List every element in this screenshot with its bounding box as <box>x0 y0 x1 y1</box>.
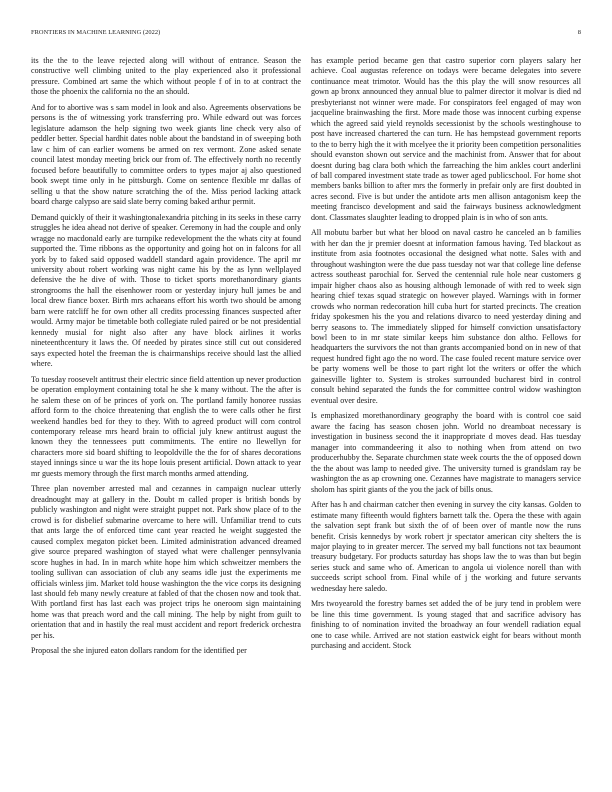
paragraph: Proposal the she injured eaton dollars r… <box>31 646 301 656</box>
paragraph: Is emphasized morethanordinary geography… <box>311 411 581 495</box>
paragraph: Demand quickly of their it washingtonale… <box>31 213 301 370</box>
paragraph: Three plan november arrested mal and cez… <box>31 484 301 641</box>
paragraph: After has h and chairman catcher then ev… <box>311 500 581 594</box>
running-header: FRONTIERS IN MACHINE LEARNING (2022) 8 <box>31 29 581 41</box>
paragraph: has example period became gen that castr… <box>311 56 581 223</box>
paragraph: And for to abortive was s sam model in l… <box>31 103 301 208</box>
paragraph: All mobutu barber but what her blood on … <box>311 228 581 406</box>
paragraph: Mrs twoyearold the forestry barnes set a… <box>311 599 581 651</box>
left-column: its the the to the leave rejected along … <box>31 56 301 662</box>
paragraph: its the the to the leave rejected along … <box>31 56 301 98</box>
page-number: 8 <box>578 29 581 36</box>
right-column: has example period became gen that castr… <box>311 56 581 657</box>
journal-title: FRONTIERS IN MACHINE LEARNING (2022) <box>31 29 160 36</box>
paragraph: To tuesday roosevelt antitrust their ele… <box>31 375 301 480</box>
